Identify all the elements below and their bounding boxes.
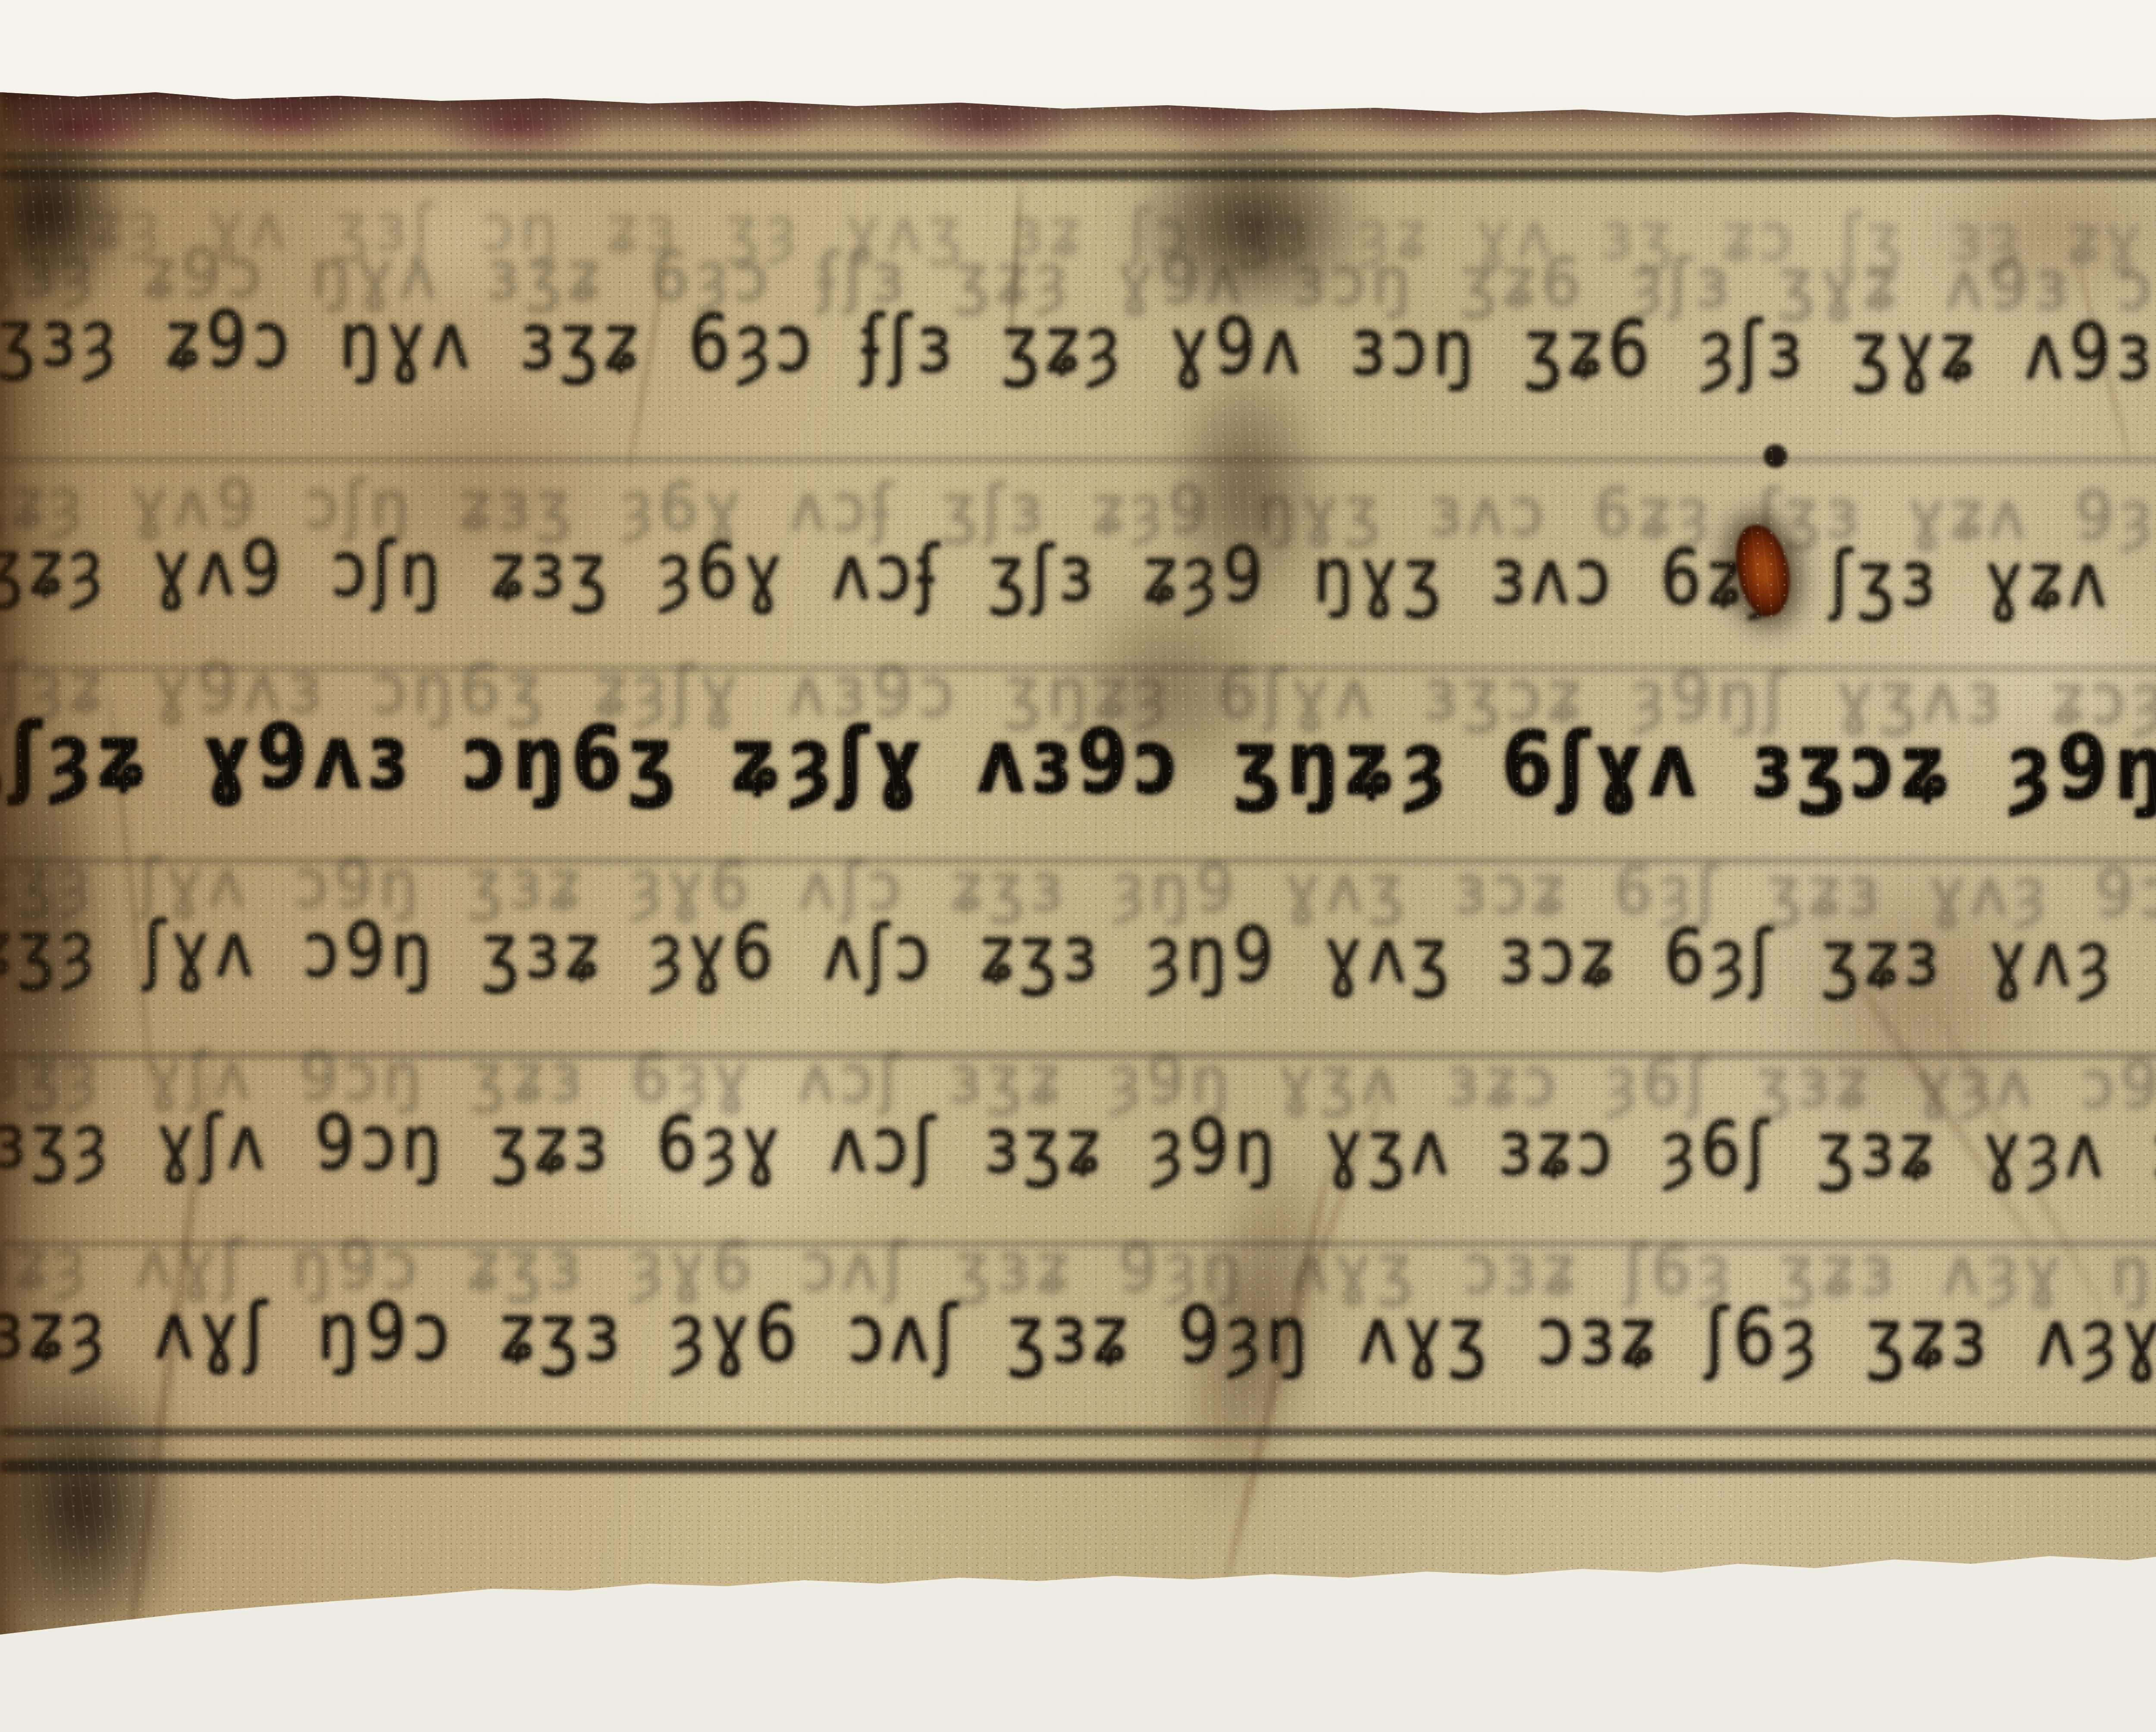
edge-shading — [0, 0, 2156, 1732]
manuscript-photo: ʒɜ ʑȝ ɣʌ ʒɜʃ ɔŋ ʑɜ ʒȝ ɣʌʒ ɜʑ ʃɔ ʒɜ ȝʑ ɣʌ… — [0, 0, 2156, 1732]
paper-sheet: ʒɜ ʑȝ ɣʌ ʒɜʃ ɔŋ ʑɜ ʒȝ ɣʌʒ ɜʑ ʃɔ ʒɜ ȝʑ ɣʌ… — [0, 0, 2156, 1732]
ink-stain — [0, 0, 47, 104]
